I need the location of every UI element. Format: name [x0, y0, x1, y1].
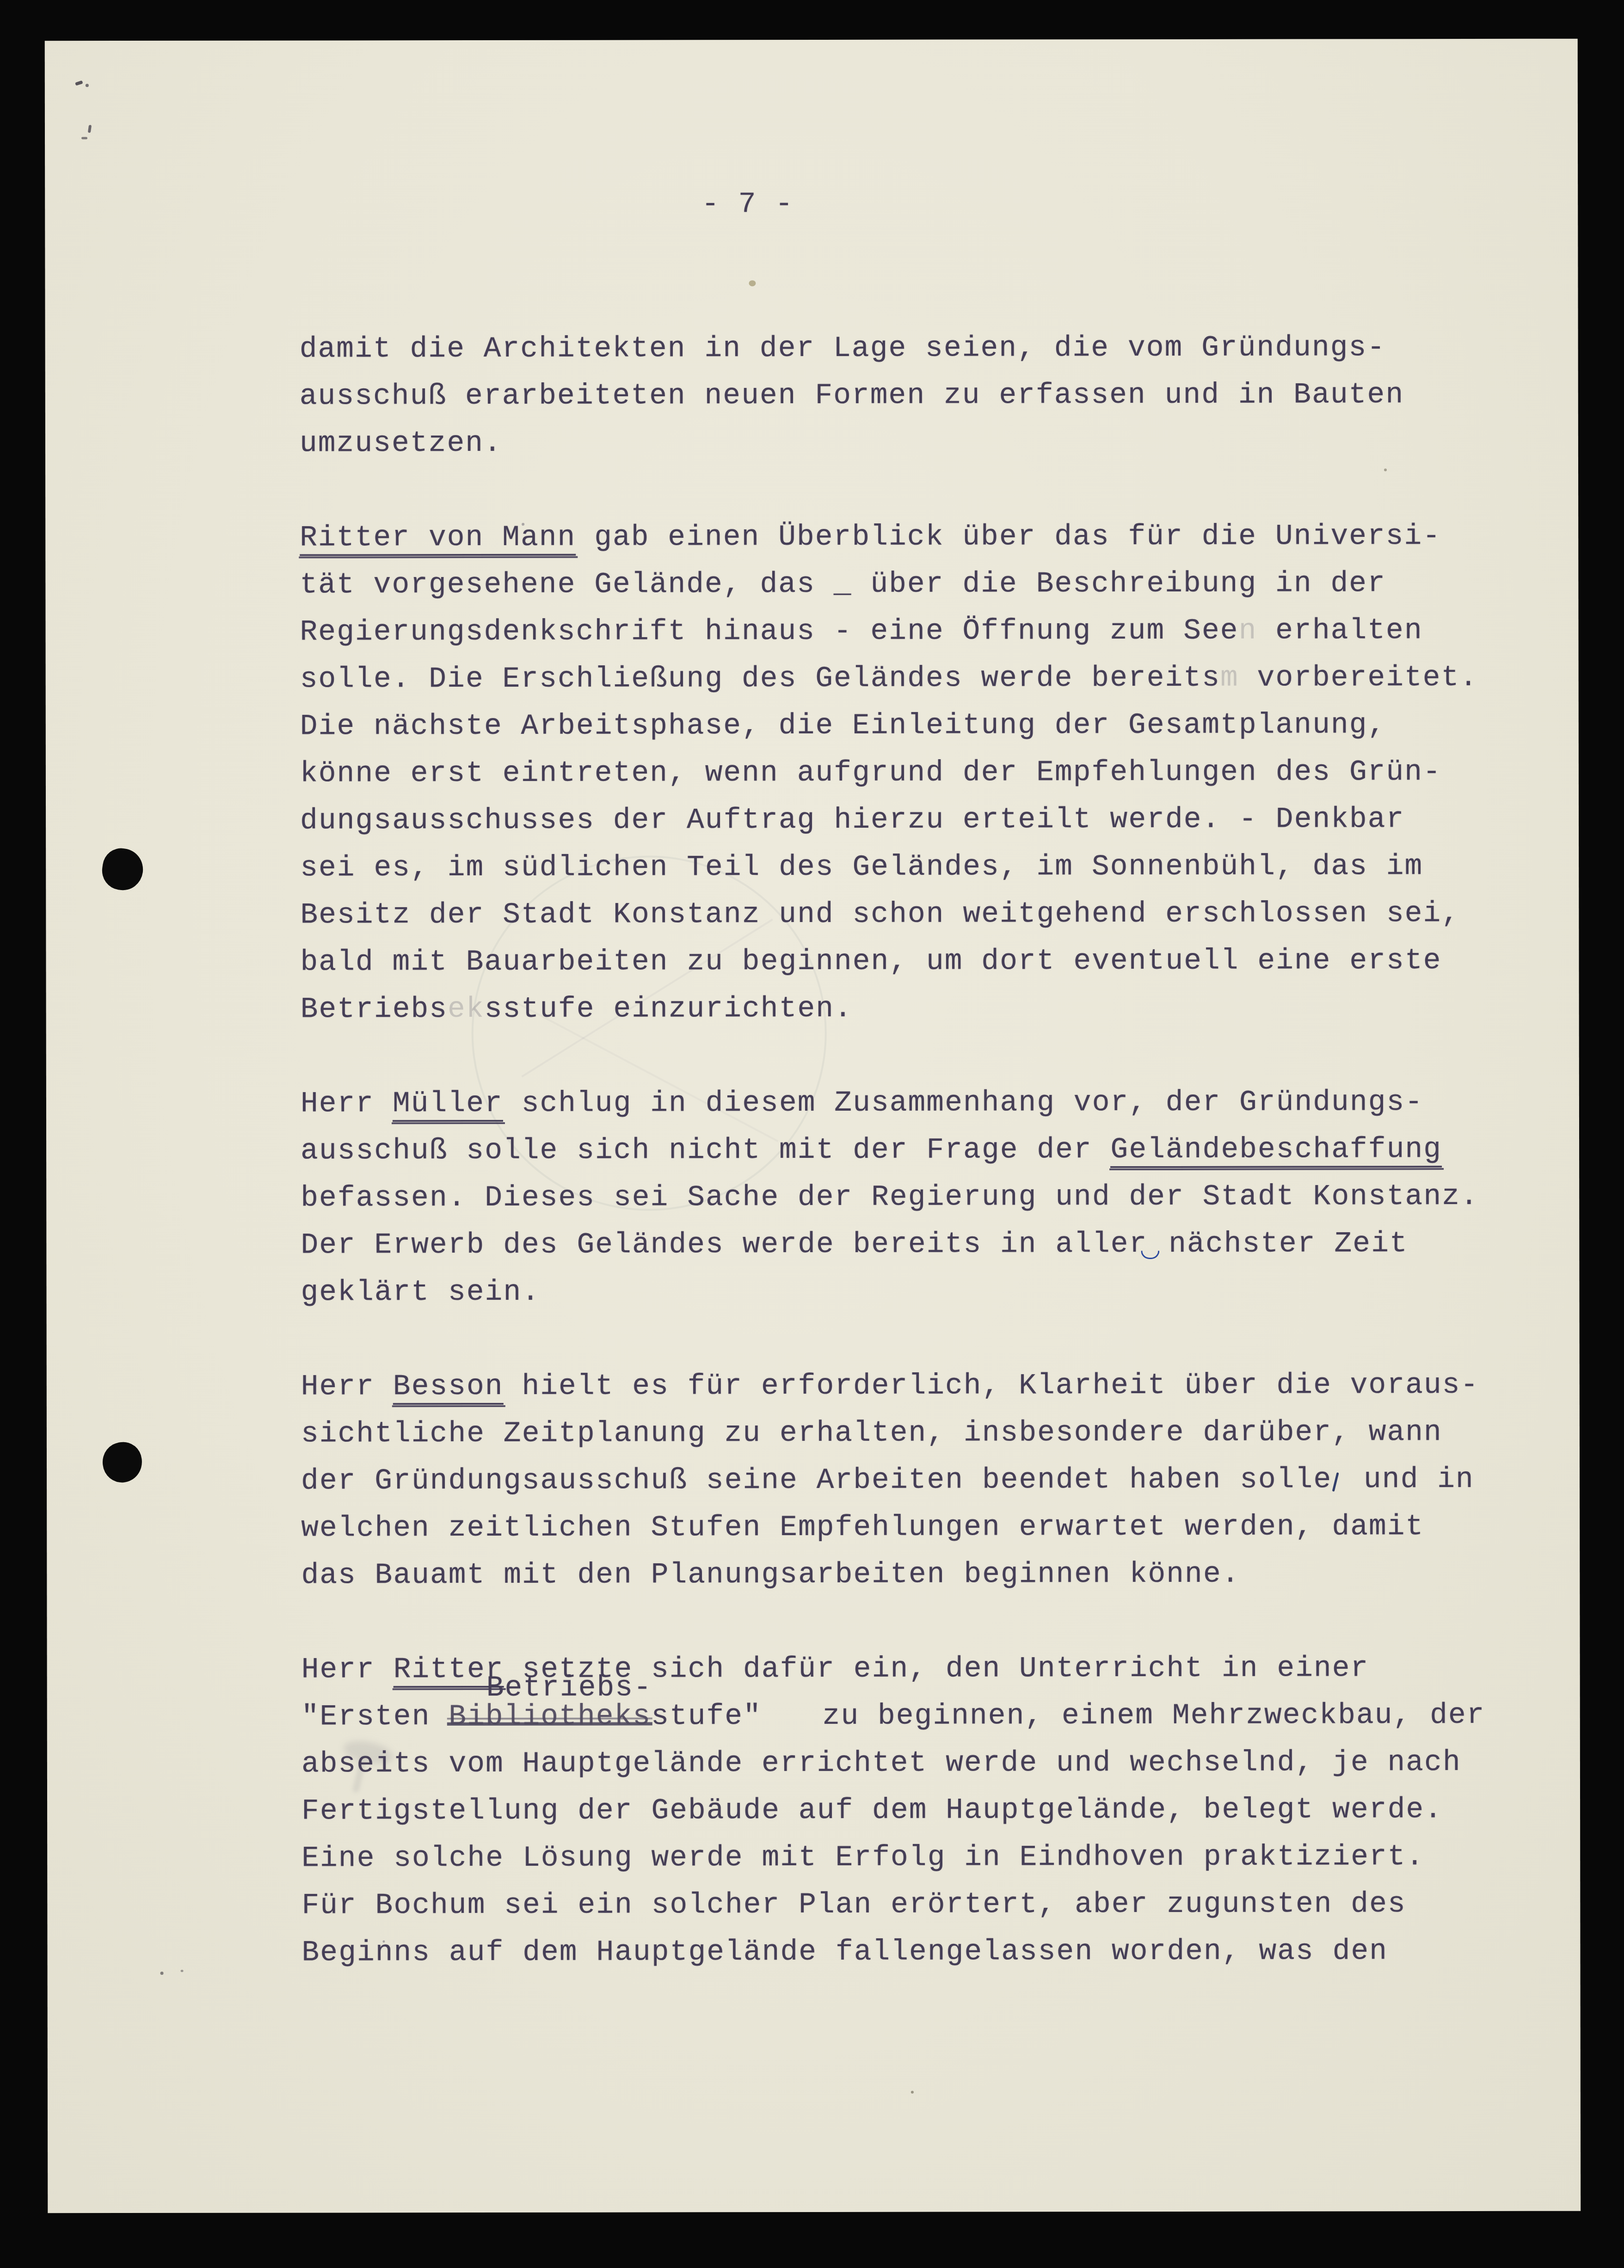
underlined-phrase: "Ersten Bibliotheksstufe" — [301, 1700, 786, 1733]
paper-speck — [749, 280, 756, 286]
text-segment: und in — [1345, 1463, 1474, 1496]
underlined-name: Geländebeschaffung — [1111, 1133, 1442, 1168]
scan-canvas: - 7 - damit die Architekten in der Lage … — [0, 0, 1624, 2268]
text-segment: Beginns auf dem Hauptgelände fallengelas… — [301, 1935, 1388, 1969]
text-segment: erhalten — [1257, 614, 1422, 647]
text-segment: Herr — [301, 1370, 393, 1403]
text-segment: vorbereitet. — [1239, 661, 1478, 695]
underlined-name: Besson — [393, 1370, 504, 1405]
text-segment: hielt es für erforderlich, Klarheit über… — [504, 1369, 1479, 1403]
paper-speck — [522, 523, 524, 526]
ink-speck — [81, 137, 87, 139]
text-line: könne erst eintreten, wenn aufgrund der … — [300, 749, 1512, 798]
erased-text: ek — [448, 993, 485, 1026]
text-segment: Betriebs — [301, 993, 448, 1026]
ink-speck — [75, 80, 83, 86]
text-line: Die nächste Arbeitsphase, die Einleitung… — [300, 701, 1512, 750]
document-page: - 7 - damit die Architekten in der Lage … — [45, 39, 1581, 2213]
text-line: abseits vom Hauptgelände errichtet werde… — [301, 1739, 1513, 1788]
paper-speck — [1384, 468, 1387, 471]
text-line: sichtliche Zeitplanung zu erhalten, insb… — [301, 1409, 1513, 1458]
text-segment: "Ersten — [301, 1700, 449, 1733]
text-segment: der Gründungsausschuß seine Arbeiten bee… — [301, 1463, 1332, 1497]
erased-text: n — [1239, 615, 1257, 647]
paragraph: damit die Architekten in der Lage seien,… — [300, 324, 1511, 467]
punch-hole — [99, 846, 146, 892]
text-line: bald mit Bauarbeiten zu beginnen, um dor… — [300, 937, 1512, 986]
text-segment: solle. Die Erschließung des Geländes wer… — [300, 662, 1220, 696]
text-line: Ritter von Mann gab einen Überblick über… — [300, 513, 1511, 562]
paper-speck — [160, 1972, 164, 1975]
text-segment: ausschuß erarbeiteten neuen Formen zu er… — [300, 378, 1404, 412]
text-segment: Regierungsdenkschrift hinaus - eine Öffn… — [300, 615, 1238, 649]
paragraph: Herr Ritter setzte sich dafür ein, den U… — [301, 1645, 1513, 1977]
punch-hole — [101, 1440, 144, 1485]
text-line: Der Erwerb des Geländes werde bereits in… — [301, 1220, 1512, 1269]
text-segment: das Bauamt mit den Planungsarbeiten begi… — [301, 1558, 1240, 1592]
text-line: solle. Die Erschließung des Geländes wer… — [300, 654, 1512, 703]
text-line: ausschuß erarbeiteten neuen Formen zu er… — [300, 371, 1511, 420]
paper-speck — [181, 1970, 184, 1972]
text-segment: sei es, im südlichen Teil des Geländes, … — [300, 850, 1423, 884]
handwritten-comma-mark — [1332, 1472, 1339, 1492]
paragraph: Ritter von Mann gab einen Überblick über… — [300, 513, 1512, 1033]
text-segment: stufe" — [651, 1700, 762, 1733]
text-line: Herr Ritter setzte sich dafür ein, den U… — [301, 1645, 1513, 1694]
text-segment: abseits vom Hauptgelände errichtet werde… — [301, 1746, 1461, 1781]
ink-speck — [88, 125, 92, 133]
text-segment: damit die Architekten in der Lage seien,… — [300, 331, 1386, 365]
text-segment: Der Erwerb des Geländes werde bereits in… — [301, 1228, 1147, 1262]
text-line: der Gründungsausschuß seine Arbeiten bee… — [301, 1456, 1513, 1505]
text-segment: Eine solche Lösung werde mit Erfolg in E… — [301, 1840, 1424, 1875]
text-segment: welchen zeitlichen Stufen Empfehlungen e… — [301, 1510, 1424, 1544]
text-segment: befassen. Dieses sei Sache der Regierung… — [301, 1180, 1479, 1215]
text-line: das Bauamt mit den Planungsarbeiten begi… — [301, 1550, 1513, 1599]
text-line: Betriebs-"Ersten Bibliotheksstufe" zu be… — [301, 1692, 1513, 1741]
text-line: Eine solche Lösung werde mit Erfolg in E… — [301, 1833, 1513, 1882]
paragraph: Herr Müller schlug in diesem Zusammenhan… — [301, 1079, 1513, 1316]
typewritten-text-block: damit die Architekten in der Lage seien,… — [300, 324, 1513, 2024]
text-line: dungsausschusses der Auftrag hierzu erte… — [300, 796, 1512, 845]
text-line: welchen zeitlichen Stufen Empfehlungen e… — [301, 1503, 1513, 1552]
text-line: Herr Besson hielt es für erforderlich, K… — [301, 1362, 1513, 1411]
text-line: umzusetzen. — [300, 418, 1511, 467]
text-segment: könne erst eintreten, wenn aufgrund der … — [300, 756, 1441, 790]
text-line: Fertigstellung der Gebäude auf dem Haupt… — [301, 1786, 1513, 1835]
text-segment: Herr — [301, 1653, 394, 1686]
underlined-name: Müller — [393, 1087, 503, 1122]
page-number: - 7 - — [701, 188, 794, 221]
text-segment: Besitz der Stadt Konstanz und schon weit… — [300, 897, 1460, 932]
paper-speck — [382, 1940, 385, 1942]
text-segment: sstufe einzurichten. — [485, 992, 853, 1026]
text-segment: bald mit Bauarbeiten zu beginnen, um dor… — [300, 944, 1441, 978]
text-line: Regierungsdenkschrift hinaus - eine Öffn… — [300, 607, 1511, 656]
text-segment: zu beginnen, einem Mehrzweckbau, der — [786, 1699, 1485, 1733]
text-segment: sichtliche Zeitplanung zu erhalten, insb… — [301, 1416, 1442, 1450]
text-segment: gab einen Überblick über das für die Uni… — [576, 520, 1441, 554]
text-segment: dungsausschusses der Auftrag hierzu erte… — [300, 803, 1404, 837]
ink-speck — [86, 84, 89, 87]
text-line: sei es, im südlichen Teil des Geländes, … — [300, 843, 1512, 892]
text-line: Beginns auf dem Hauptgelände fallengelas… — [301, 1928, 1513, 1977]
text-line: Betriebseksstufe einzurichten. — [301, 984, 1512, 1033]
text-segment: ausschuß solle sich nicht mit der Frage … — [301, 1133, 1111, 1167]
erased-text: m — [1220, 662, 1239, 695]
strikethrough-word: Bibliotheks — [449, 1700, 651, 1733]
text-segment: schlug in diesem Zusammenhang vor, der G… — [503, 1086, 1423, 1120]
text-line: befassen. Dieses sei Sache der Regierung… — [301, 1173, 1512, 1222]
text-segment: Die nächste Arbeitsphase, die Einleitung… — [300, 708, 1386, 743]
text-line: Besitz der Stadt Konstanz und schon weit… — [300, 890, 1512, 939]
text-segment: umzusetzen. — [300, 427, 502, 460]
text-line: geklärt sein. — [301, 1267, 1512, 1316]
text-segment: nächster Zeit — [1150, 1227, 1408, 1260]
text-segment: geklärt sein. — [301, 1276, 540, 1309]
paragraph: Herr Besson hielt es für erforderlich, K… — [301, 1362, 1513, 1599]
text-segment: Für Bochum sei ein solcher Plan erörtert… — [301, 1887, 1406, 1922]
text-line: damit die Architekten in der Lage seien,… — [300, 324, 1511, 373]
underlined-name: Ritter von Mann — [300, 521, 576, 556]
paper-speck — [911, 2091, 914, 2094]
text-segment: Herr — [301, 1087, 393, 1120]
text-line: tät vorgesehene Gelände, das _ über die … — [300, 560, 1511, 609]
text-line: Für Bochum sei ein solcher Plan erörtert… — [301, 1881, 1513, 1930]
text-segment: Fertigstellung der Gebäude auf dem Haupt… — [301, 1793, 1443, 1827]
text-line: ausschuß solle sich nicht mit der Frage … — [301, 1126, 1512, 1175]
text-line: Herr Müller schlug in diesem Zusammenhan… — [301, 1079, 1512, 1128]
text-segment: tät vorgesehene Gelände, das _ über die … — [300, 567, 1386, 601]
